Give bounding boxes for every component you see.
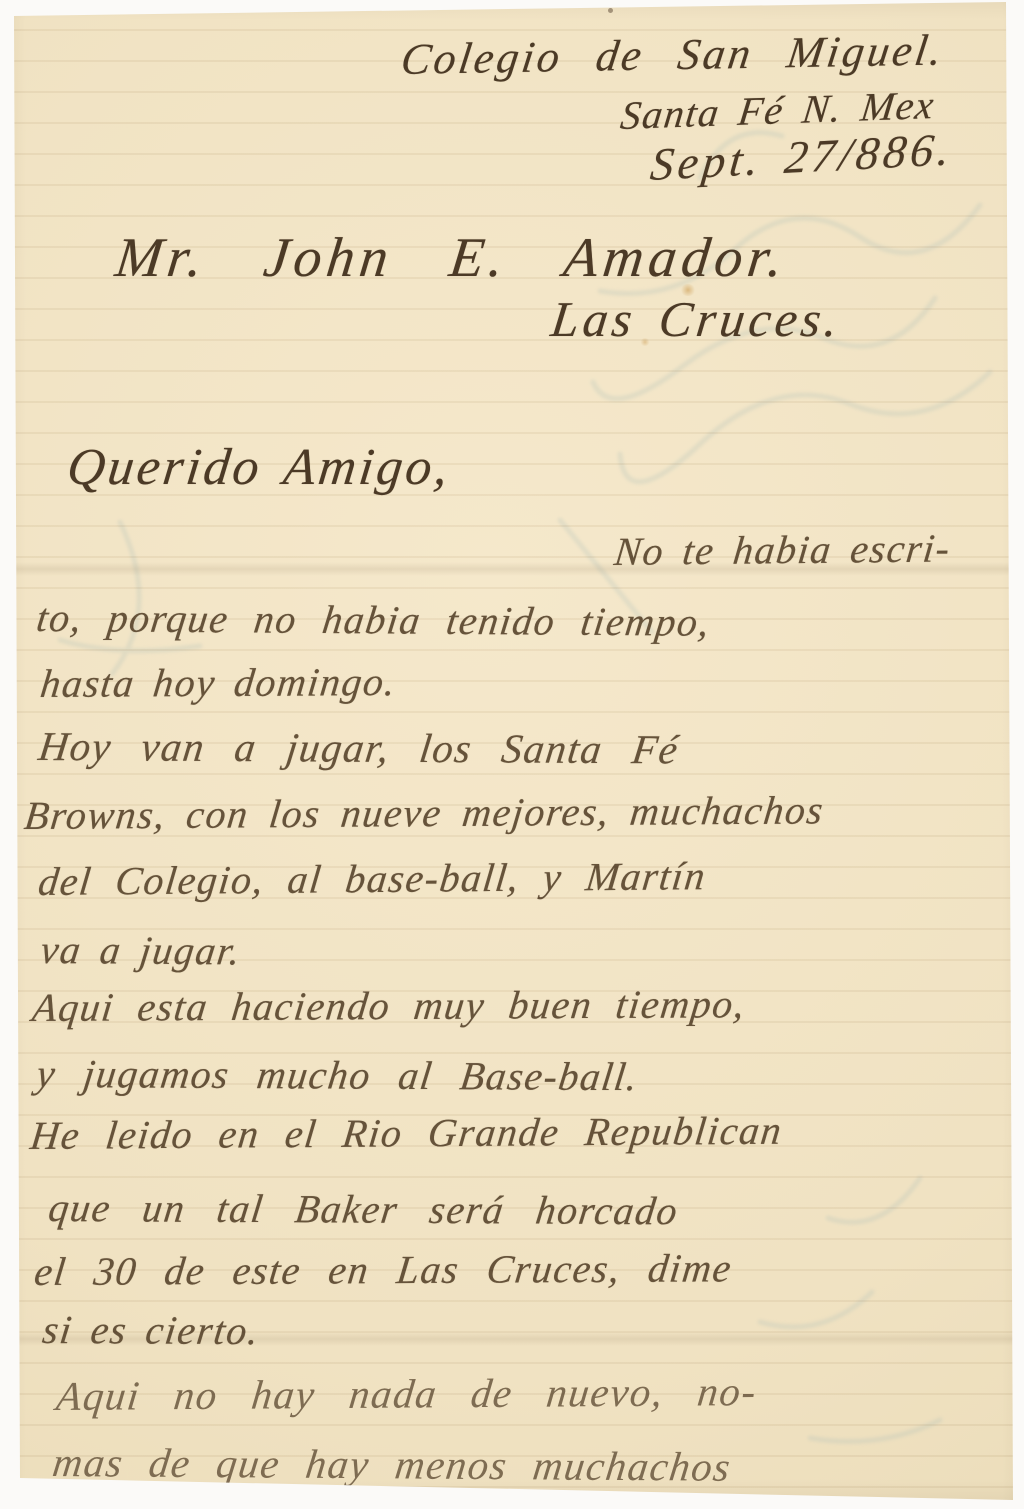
- body-line: Aqui esta haciendo muy buen tiempo,: [30, 980, 748, 1031]
- letterhead-institution: Colegio de San Miguel.: [398, 25, 948, 85]
- body-line: que un tal Baker será horcado: [46, 1184, 681, 1234]
- body-line: Aqui no hay nada de nuevo, no-: [54, 1367, 760, 1420]
- body-line: hasta hoy domingo.: [38, 658, 399, 707]
- body-line: to, porque no habia tenido tiempo,: [34, 594, 713, 646]
- recipient-name: Mr. John E. Amador.: [112, 226, 791, 290]
- letter-paper: Colegio de San Miguel. Santa Fé N. Mex S…: [0, 0, 1024, 1509]
- body-line: Hoy van a jugar, los Santa Fé: [36, 722, 682, 773]
- body-line: del Colegio, al base-ball, y Martín: [36, 852, 709, 905]
- salutation: Querido Amigo,: [64, 438, 454, 497]
- body-line: No te habia escri-: [612, 524, 953, 575]
- body-line: el 30 de este en Las Cruces, dime: [32, 1244, 735, 1295]
- body-line: mas de que hay menos muchachos: [50, 1438, 734, 1491]
- recipient-city: Las Cruces.: [548, 290, 845, 348]
- body-line: Browns, con los nueve mejores, muchachos: [22, 786, 827, 839]
- body-line: va a jugar.: [38, 926, 244, 974]
- body-line: si es cierto.: [40, 1306, 263, 1354]
- paper-speck: [608, 8, 613, 13]
- scanned-letter-page: { "letter": { "heading": { "line1": "Col…: [0, 0, 1024, 1509]
- body-line: y jugamos mucho al Base-ball.: [34, 1050, 641, 1100]
- body-line: He leido en el Rio Grande Republican: [28, 1107, 785, 1159]
